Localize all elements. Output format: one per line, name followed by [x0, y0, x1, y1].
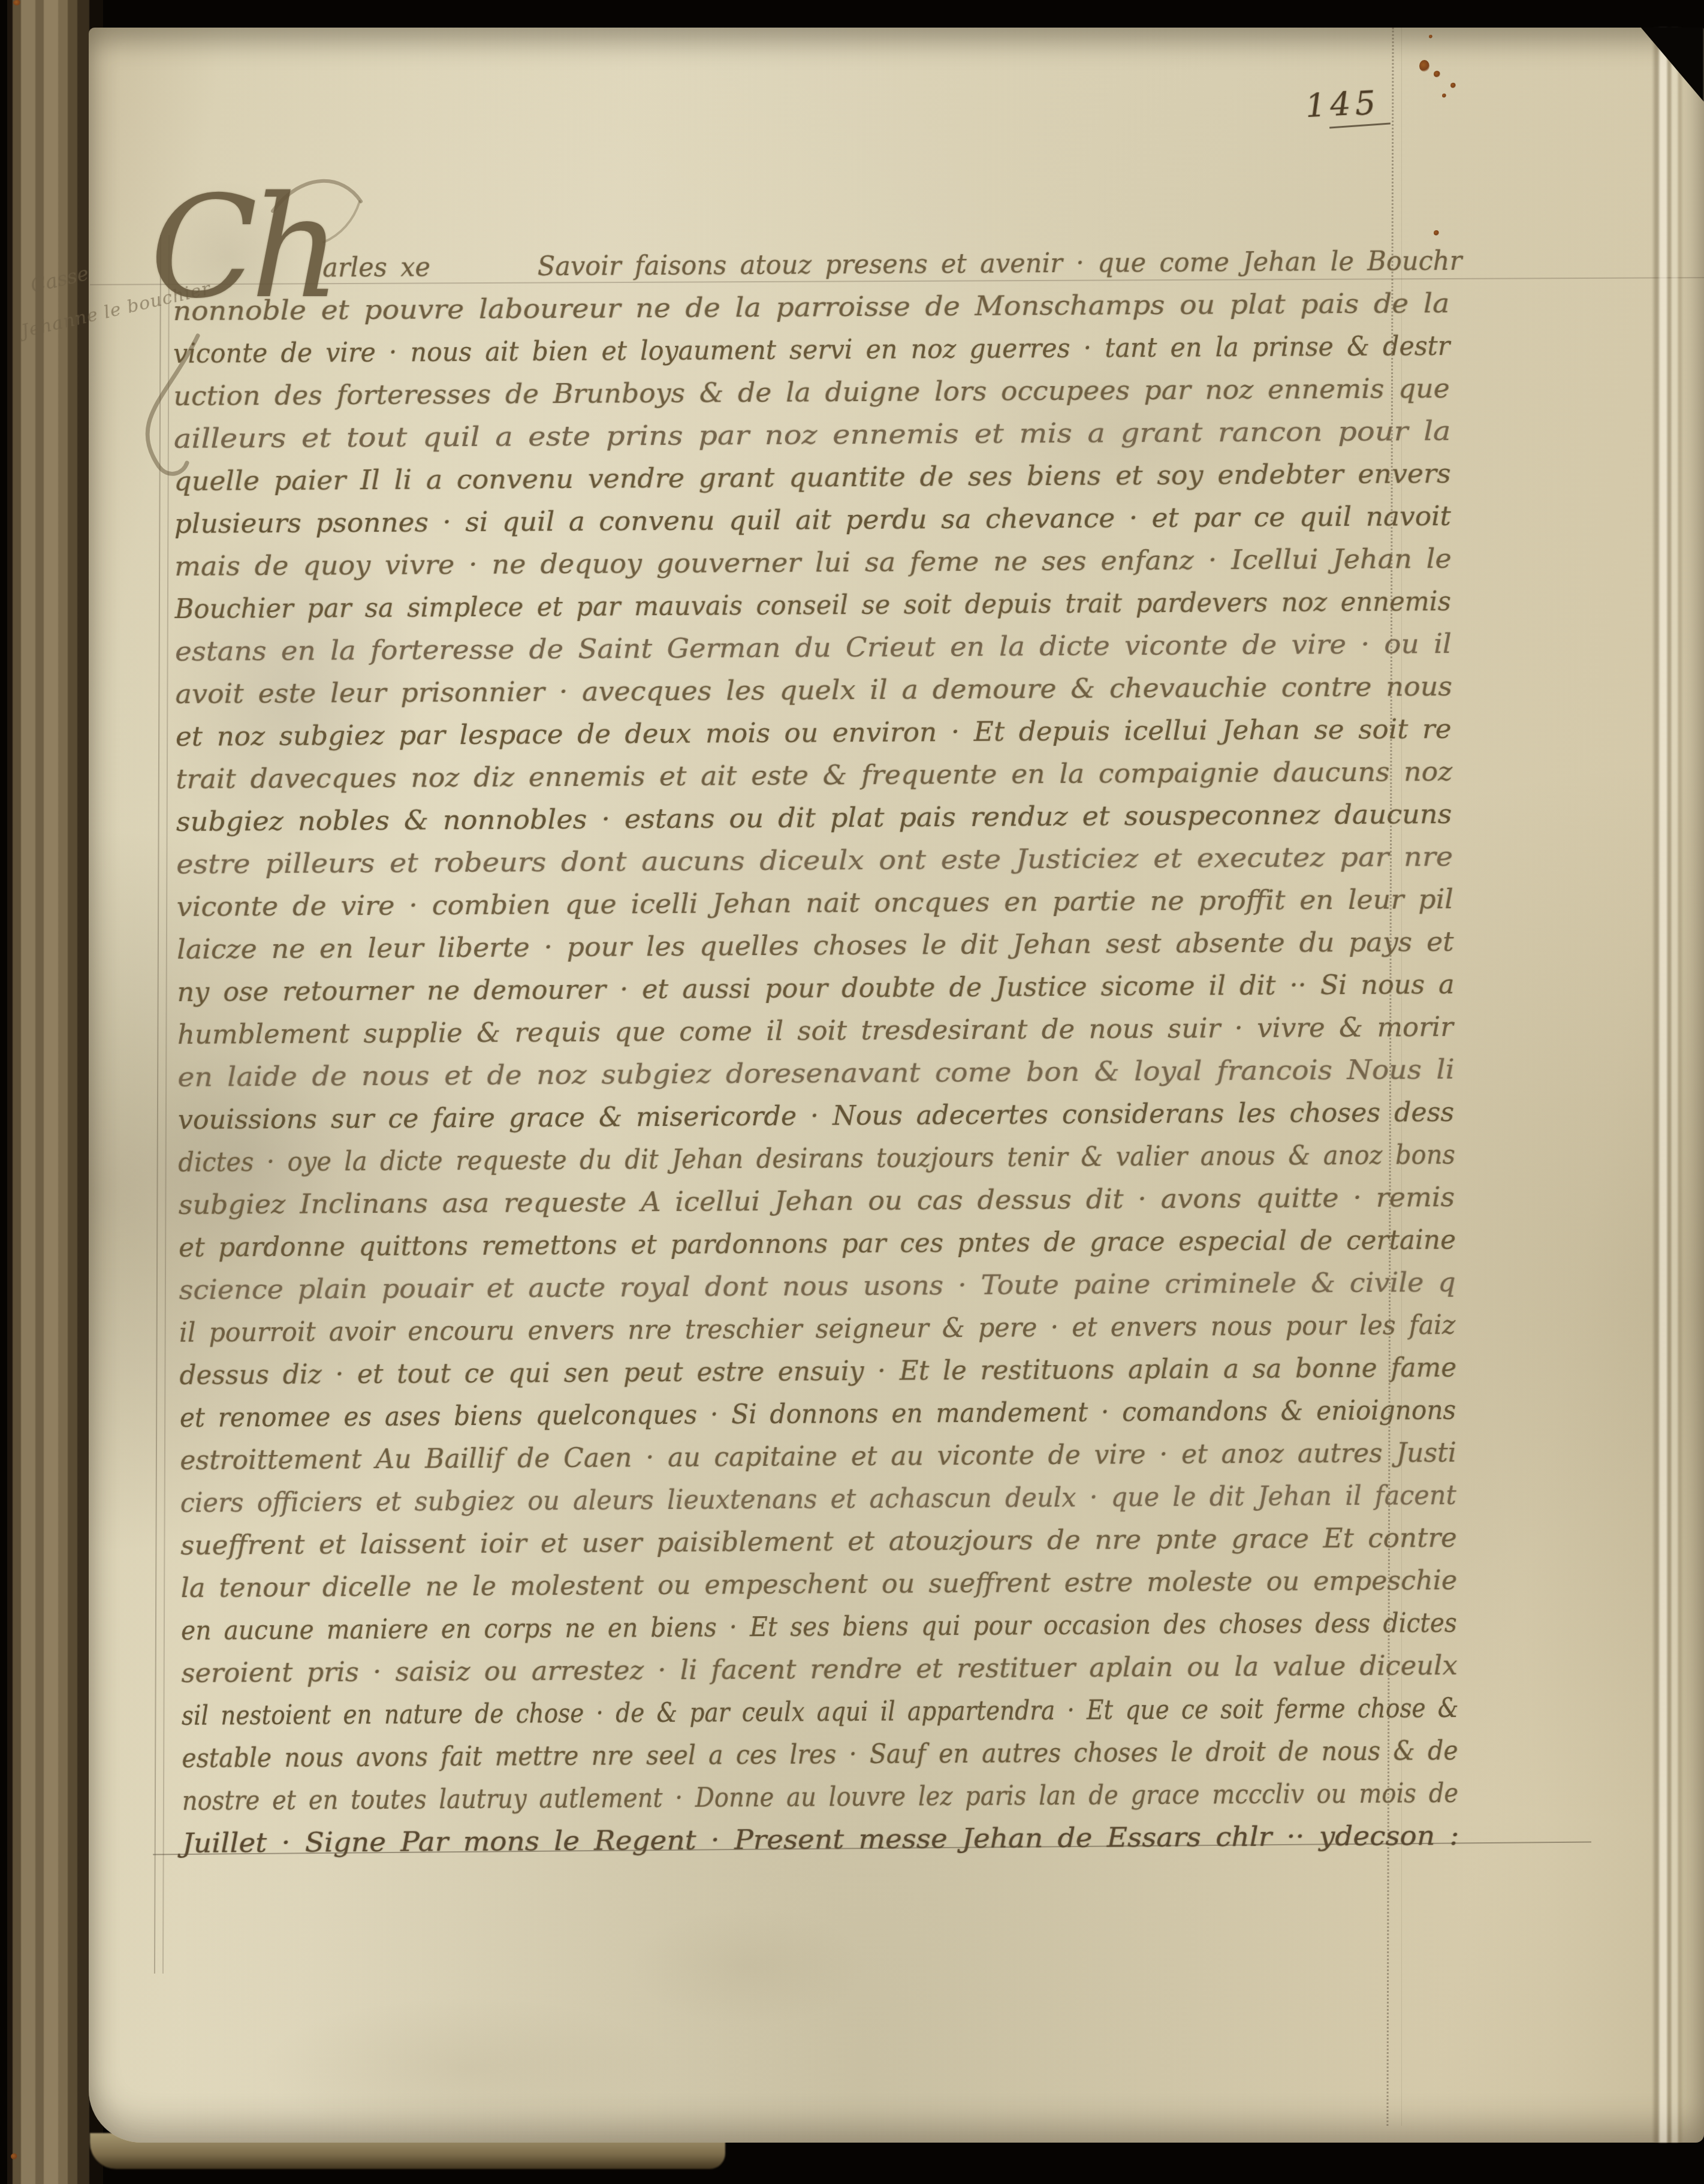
parchment-stain: [629, 1906, 869, 2026]
manuscript-text-line: humblement supplie & requis que come il …: [177, 1005, 1466, 1056]
manuscript-text-line: vouissions sur ce faire grace & miserico…: [178, 1091, 1467, 1141]
manuscript-text-line: seroient pris · saisiz ou arrestez · li …: [181, 1644, 1470, 1694]
manuscript-text-line: estroittement Au Baillif de Caen · au ca…: [180, 1431, 1468, 1481]
manuscript-text-line: la tenour dicelle ne le molestent ou emp…: [180, 1559, 1469, 1609]
rust-ink-spot: [1429, 35, 1432, 38]
parchment-stain: [258, 1996, 677, 2140]
manuscript-text-line: estable nous avons fait mettre nre seel …: [182, 1729, 1470, 1779]
manuscript-photo: 145 Casse Jehanne le bouchier Ch arles x…: [0, 0, 1704, 2184]
manuscript-text-line: science plain pouair et aucte royal dont…: [179, 1261, 1467, 1311]
manuscript-text-line: ciers officiers et subgiez ou aleurs lie…: [180, 1474, 1469, 1524]
manuscript-text-line: mais de quoy vivre · ne dequoy gouverner…: [174, 537, 1463, 588]
manuscript-text-line: il pourroit avoir encouru envers nre tre…: [179, 1303, 1468, 1354]
manuscript-text-line: et renomee es ases biens quelconques · S…: [180, 1388, 1468, 1439]
manuscript-text-line: dictes · oye la dicte requeste du dit Je…: [178, 1133, 1467, 1183]
manuscript-text-line: Juillet · Signe Par mons le Regent · Pre…: [182, 1814, 1471, 1864]
manuscript-text-line: en aucune maniere en corps ne en biens ·…: [181, 1601, 1470, 1652]
manuscript-text-line: arles xe Savoir faisons atouz presens et…: [173, 239, 1461, 290]
manuscript-text-line: sueffrent et laissent ioir et user paisi…: [180, 1516, 1469, 1567]
manuscript-text-line: subgiez Inclinans asa requeste A icellui…: [179, 1176, 1467, 1226]
manuscript-text-line: avoit este leur prisonnier · avecques le…: [175, 665, 1464, 715]
rust-ink-spot: [1419, 60, 1429, 72]
manuscript-text-line: et pardonne quittons remettons et pardon…: [179, 1218, 1467, 1269]
manuscript-text-line: en laide de nous et de noz subgiez dores…: [177, 1048, 1466, 1098]
manuscript-text-line: uction des forteresses de Brunboys & de …: [173, 367, 1462, 417]
manuscript-text-line: estre pilleurs et robeurs dont aucuns di…: [176, 835, 1465, 885]
manuscript-text-line: laicze ne en leur liberte · pour les que…: [177, 920, 1465, 971]
rust-ink-spot: [11, 2153, 17, 2159]
rust-ink-spot: [1450, 83, 1456, 88]
manuscript-text-line: viconte de vire · nous ait bien et loyau…: [173, 324, 1462, 375]
manuscript-text-line: ailleurs et tout quil a este prins par n…: [174, 409, 1462, 460]
manuscript-text-line: viconte de vire · combien que icelli Jeh…: [177, 878, 1465, 928]
manuscript-text-block: arles xe Savoir faisons atouz presens et…: [173, 239, 1471, 1864]
gutter-fold-ridges: [1652, 28, 1683, 2143]
rust-ink-spot: [1434, 71, 1440, 77]
manuscript-text-line: trait davecques noz diz ennemis et ait e…: [176, 750, 1464, 800]
folio-number: 145: [1305, 87, 1381, 123]
manuscript-text-line: et noz subgiez par lespace de deux mois …: [176, 707, 1464, 758]
manuscript-text-line: plusieurs psonnes · si quil a convenu qu…: [174, 495, 1463, 545]
manuscript-text-line: quelle paier Il li a convenu vendre gran…: [174, 452, 1462, 502]
manuscript-text-line: nonnoble et pouvre laboureur ne de la pa…: [173, 282, 1461, 332]
manuscript-text-line: estans en la forteresse de Saint German …: [175, 622, 1464, 673]
manuscript-text-line: nostre et en toutes lautruy autlement · …: [182, 1772, 1471, 1822]
rust-ink-spot: [1434, 230, 1439, 236]
manuscript-text-line: dessus diz · et tout ce qui sen peut est…: [179, 1346, 1468, 1396]
manuscript-text-line: sil nestoient en nature de chose · de & …: [182, 1686, 1470, 1737]
rust-ink-spot: [1442, 94, 1446, 98]
manuscript-text-line: Bouchier par sa simplece et par mauvais …: [174, 580, 1463, 630]
manuscript-text-line: ny ose retourner ne demourer · et aussi …: [177, 963, 1465, 1013]
manuscript-text-line: subgiez nobles & nonnobles · estans ou d…: [176, 793, 1465, 843]
